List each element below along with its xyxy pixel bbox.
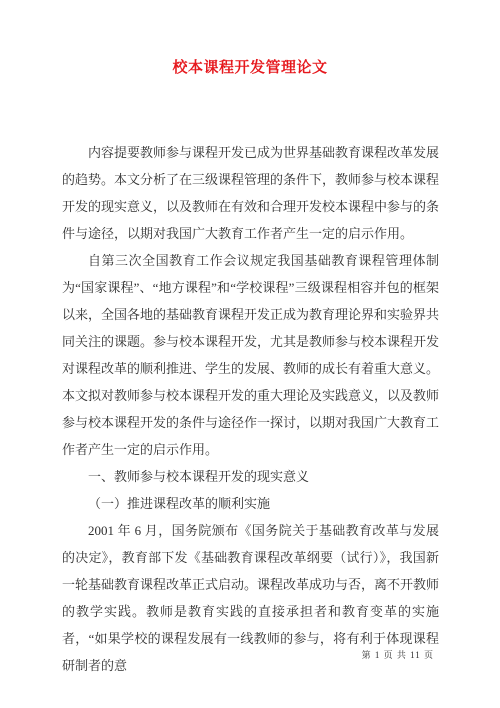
page-number-footer: 第 1 页 共 11 页 (362, 649, 434, 661)
document-page: 校本课程开发管理论文 内容提要教师参与课程开发已成为世界基础教育课程改革发展的趋… (0, 0, 500, 708)
document-body: 内容提要教师参与课程开发已成为世界基础教育课程改革发展的趋势。本文分析了在三级课… (62, 139, 439, 679)
section-subheading-1-1: （一）推进课程改革的顺利实施 (62, 490, 439, 517)
paragraph-abstract: 内容提要教师参与课程开发已成为世界基础教育课程改革发展的趋势。本文分析了在三级课… (62, 139, 439, 247)
section-heading-1: 一、教师参与校本课程开发的现实意义 (62, 463, 439, 490)
document-title: 校本课程开发管理论文 (0, 0, 500, 79)
paragraph-introduction: 自第三次全国教育工作会议规定我国基础教育课程管理体制为“国家课程”、“地方课程”… (62, 247, 439, 463)
